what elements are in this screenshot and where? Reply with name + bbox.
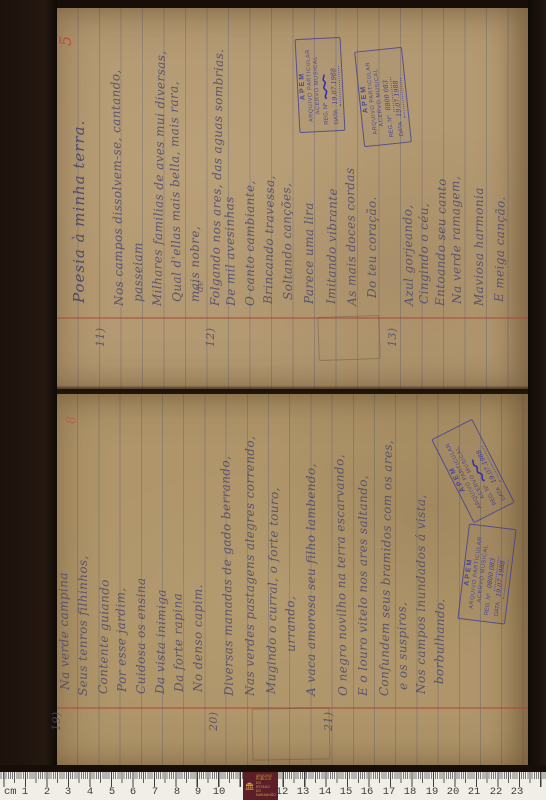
handwritten-line: Cingindo o céu, <box>417 203 431 304</box>
handwritten-line: passeiam <box>131 242 145 302</box>
ruler-number: 6 <box>130 786 136 798</box>
ruler-number: 19 <box>426 786 439 798</box>
scanned-document: Poesia à minha terra. 5 8 11)Nos campos … <box>0 0 546 800</box>
handwritten-line: Cuidosa os ensina <box>134 578 148 695</box>
handwritten-line: Entoando seu canto <box>433 178 449 306</box>
handwritten-line: Da vista inimiga <box>153 589 169 694</box>
handwritten-line: E o louro vitelo nos ares saltando, <box>356 475 370 696</box>
handwritten-line: E meiga canção. <box>492 196 508 302</box>
ruler-number: 16 <box>361 786 374 798</box>
ruler-number: 21 <box>468 786 481 798</box>
handwritten-line: Azul gorjeando, <box>400 204 416 306</box>
ruler-unit-label: cm <box>4 786 17 798</box>
ruler-number: 14 <box>319 786 332 798</box>
handwritten-line: Parece uma lira <box>302 202 316 304</box>
handwritten-line: Nos campos inundados á vista, <box>414 494 428 694</box>
handwritten-line: e os suspiros, <box>395 602 410 690</box>
handwritten-line: As mais doces cordas <box>343 167 359 306</box>
scan-frame-top <box>0 0 546 8</box>
stamp-data-label: DATA <box>397 121 407 136</box>
ruler-number: 7 <box>152 786 158 798</box>
stanza-number: 11) <box>94 328 107 348</box>
ruler-number: 23 <box>511 786 524 798</box>
handwritten-line: No denso capim. <box>191 584 205 692</box>
handwritten-line: de <box>196 280 206 292</box>
stamp-data-label: DATA <box>332 109 342 124</box>
handwritten-line: Do teu coração. <box>365 196 379 298</box>
handwritten-line: Brincando travessa, <box>261 175 277 304</box>
ruler-number: 2 <box>44 786 50 798</box>
red-page-mark: 8 <box>64 416 78 424</box>
ruler-number: 17 <box>383 786 396 798</box>
handwritten-line: Da forte rapina <box>170 593 186 692</box>
stanza-number: 20) <box>207 712 220 732</box>
ruler-number: 4 <box>87 786 93 798</box>
handwritten-line: A vaca amorosa seu filho lambendo, <box>304 463 318 696</box>
handwritten-line: Seus tenros filhinhos, <box>76 555 90 696</box>
archive-logo-text: ARQUIVO PÚBLICO DO ESTADO DO MARANHÃO <box>256 775 276 798</box>
pencil-outline <box>317 315 380 361</box>
ruler-number: 15 <box>340 786 353 798</box>
archive-stamp: APEMARQUIVO PARTICULARACERVO MUSICALREG.… <box>354 47 412 147</box>
handwritten-line: Soltando canções, <box>279 183 295 300</box>
handwritten-line: Por esse jardim, <box>113 587 129 692</box>
handwritten-line: borbulhando. <box>432 598 447 684</box>
handwritten-line: Na verde ramagem, <box>448 176 464 304</box>
margin-red-line <box>57 317 528 319</box>
stanza-number: 19) <box>50 712 63 732</box>
ruler-number: 1 <box>22 786 28 798</box>
ruler-number: 22 <box>490 786 503 798</box>
ruler-number: 8 <box>174 786 180 798</box>
ruler-number: 9 <box>195 786 201 798</box>
scan-frame-left <box>0 0 57 772</box>
building-icon <box>245 779 254 793</box>
scan-frame-bottom <box>0 765 546 772</box>
handwritten-line: Na verde campina <box>56 572 72 690</box>
stanza-number: 12) <box>204 328 217 348</box>
handwritten-line: urrando, <box>283 596 298 652</box>
red-page-mark: 5 <box>56 36 75 46</box>
handwritten-line: Contente guiando <box>96 579 112 694</box>
archive-stamp: APEMARQUIVO PARTICULARACERVO MUSICALREG.… <box>295 37 346 133</box>
ruler-number: 20 <box>447 786 460 798</box>
handwritten-line: O canto cambiante, <box>243 180 257 306</box>
handwritten-line: Maviosa harmonia <box>472 187 486 306</box>
ruler-number: 18 <box>404 786 417 798</box>
stanza-number: 13) <box>386 328 399 348</box>
ruler-number: 10 <box>213 786 226 798</box>
ruler-number: 5 <box>109 786 115 798</box>
scan-frame-right <box>528 0 546 772</box>
logo-text-line: DO MARANHÃO <box>256 790 276 798</box>
pen-scribble <box>320 73 329 99</box>
handwritten-line: Nas verdes pastagens alegres correndo, <box>243 436 257 696</box>
handwritten-line: Imitando vibrante <box>324 188 340 304</box>
stamp-data-label: DATA <box>493 602 504 618</box>
stamp-data-value: 19.07.1988 <box>329 66 341 107</box>
pencil-outline <box>252 707 331 760</box>
ruler-number: 13 <box>297 786 310 798</box>
stanza-number: 21) <box>322 712 335 732</box>
handwritten-line: De mil avesinhas <box>222 196 238 306</box>
ruler-number: 3 <box>65 786 71 798</box>
poem-title: Poesia à minha terra. <box>70 120 88 303</box>
archive-logo: ARQUIVO PÚBLICO DO ESTADO DO MARANHÃO <box>243 772 278 800</box>
